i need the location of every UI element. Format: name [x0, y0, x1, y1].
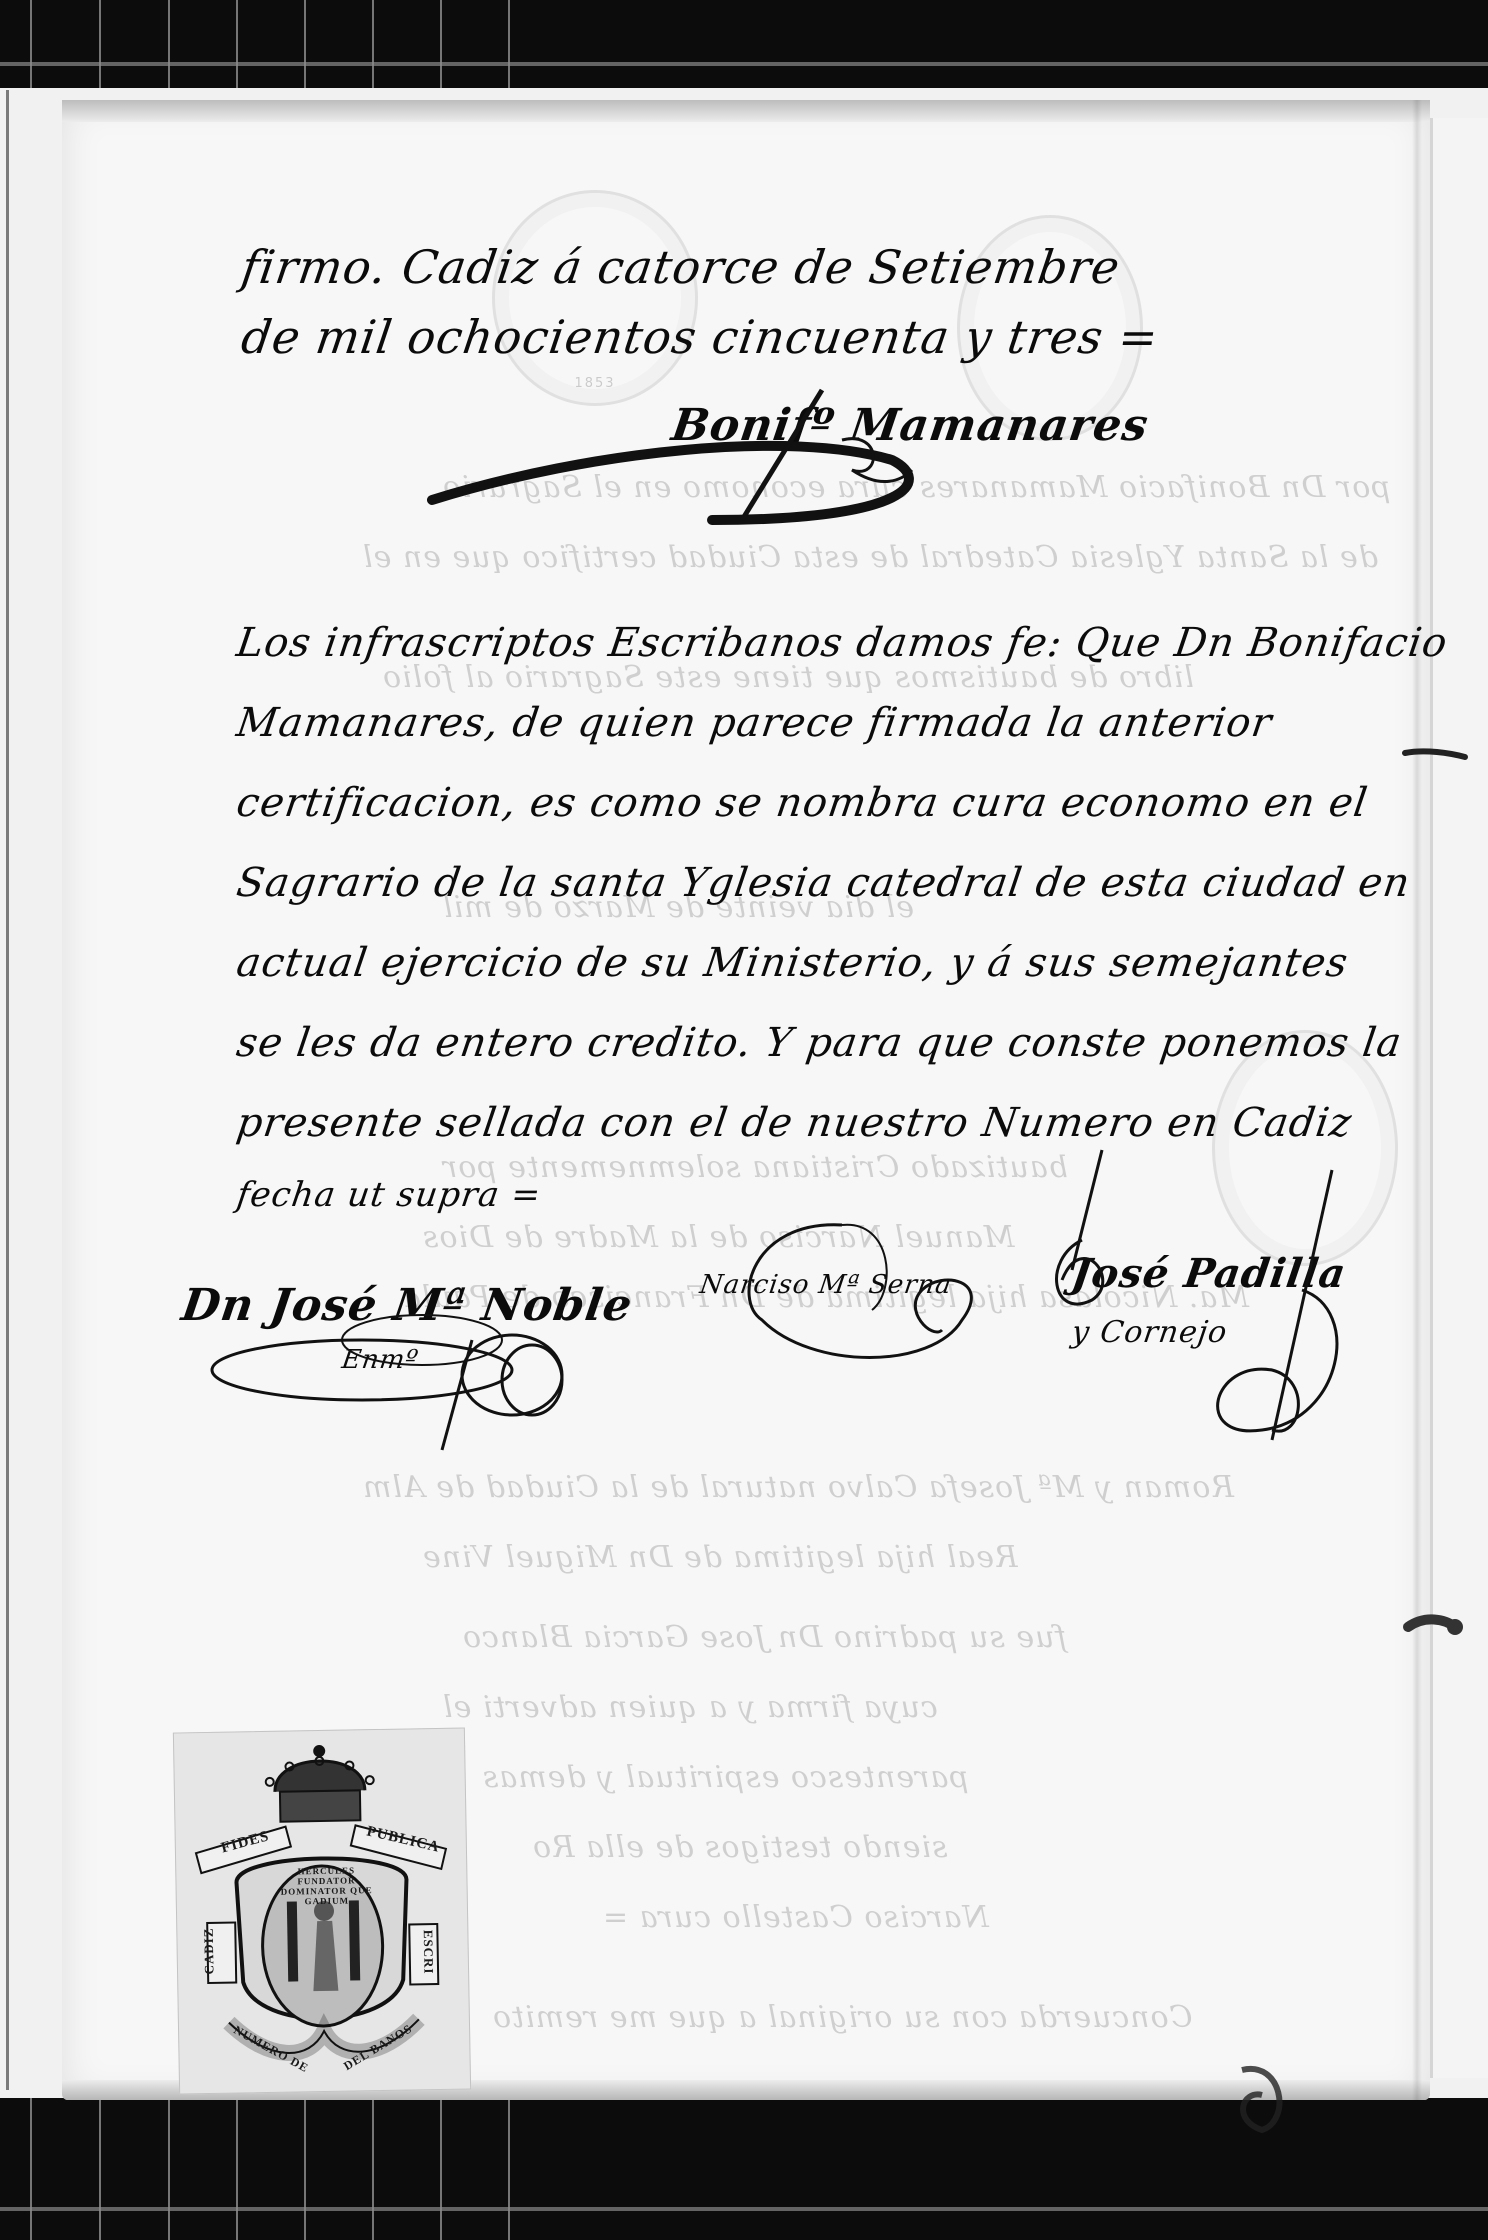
stamp-oval-text: HERCULES FUNDATOR DOMINATOR QUE GADIUM — [271, 1866, 382, 1907]
folio-edge-line — [6, 90, 9, 2090]
body-line: Sagrario de la santa Yglesia catedral de… — [234, 860, 1414, 906]
binding-thread-icon — [1400, 745, 1470, 765]
signature-padilla: José Padilla — [1069, 1250, 1350, 1297]
body-line: presente sellada con el de nuestro Numer… — [234, 1100, 1355, 1146]
closing-line: de mil ochocientos cincuenta y tres = — [238, 310, 1162, 364]
body-line: actual ejercicio de su Ministerio, y á s… — [234, 940, 1351, 986]
body-line: certificacion, es como se nombra cura ec… — [234, 780, 1371, 826]
signature-rubric — [412, 370, 972, 540]
page-top-edge — [62, 100, 1430, 122]
signature-padilla-note: y Cornejo — [1070, 1315, 1230, 1350]
crown-crest-icon — [174, 1728, 470, 2093]
margin-flourish — [1222, 2060, 1302, 2140]
binding-thread-icon — [1400, 1605, 1470, 1645]
embossed-seal: 1853 — [492, 190, 698, 406]
closing-line: firmo. Cadiz á catorce de Setiembre — [238, 240, 1123, 294]
notary-stamp: FIDES PUBLICA HERCULES FUNDATOR DOMINATO… — [173, 1727, 471, 2094]
body-line: Los infrascriptos Escribanos damos fe: Q… — [234, 620, 1451, 666]
signature-bonifacio: Bonifº Mamanares — [668, 400, 1151, 451]
body-line: se les da entero credito. Y para que con… — [234, 1020, 1405, 1066]
stamp-ribbon-text: CADIZ — [201, 1927, 218, 1974]
body-line: fecha ut supra = — [234, 1175, 544, 1215]
signature-noble: Dn José Mª Noble — [178, 1280, 635, 1331]
signature-serna: Narciso Mª Serna — [698, 1270, 954, 1300]
fold-line — [1412, 100, 1422, 2100]
adjacent-folio-edge — [1430, 118, 1488, 2078]
body-line: Mamanares, de quien parece firmada la an… — [234, 700, 1275, 746]
signature-noble-flourish: Enmº — [340, 1345, 421, 1375]
stamp-ribbon-text: ESCRI — [420, 1930, 437, 1975]
